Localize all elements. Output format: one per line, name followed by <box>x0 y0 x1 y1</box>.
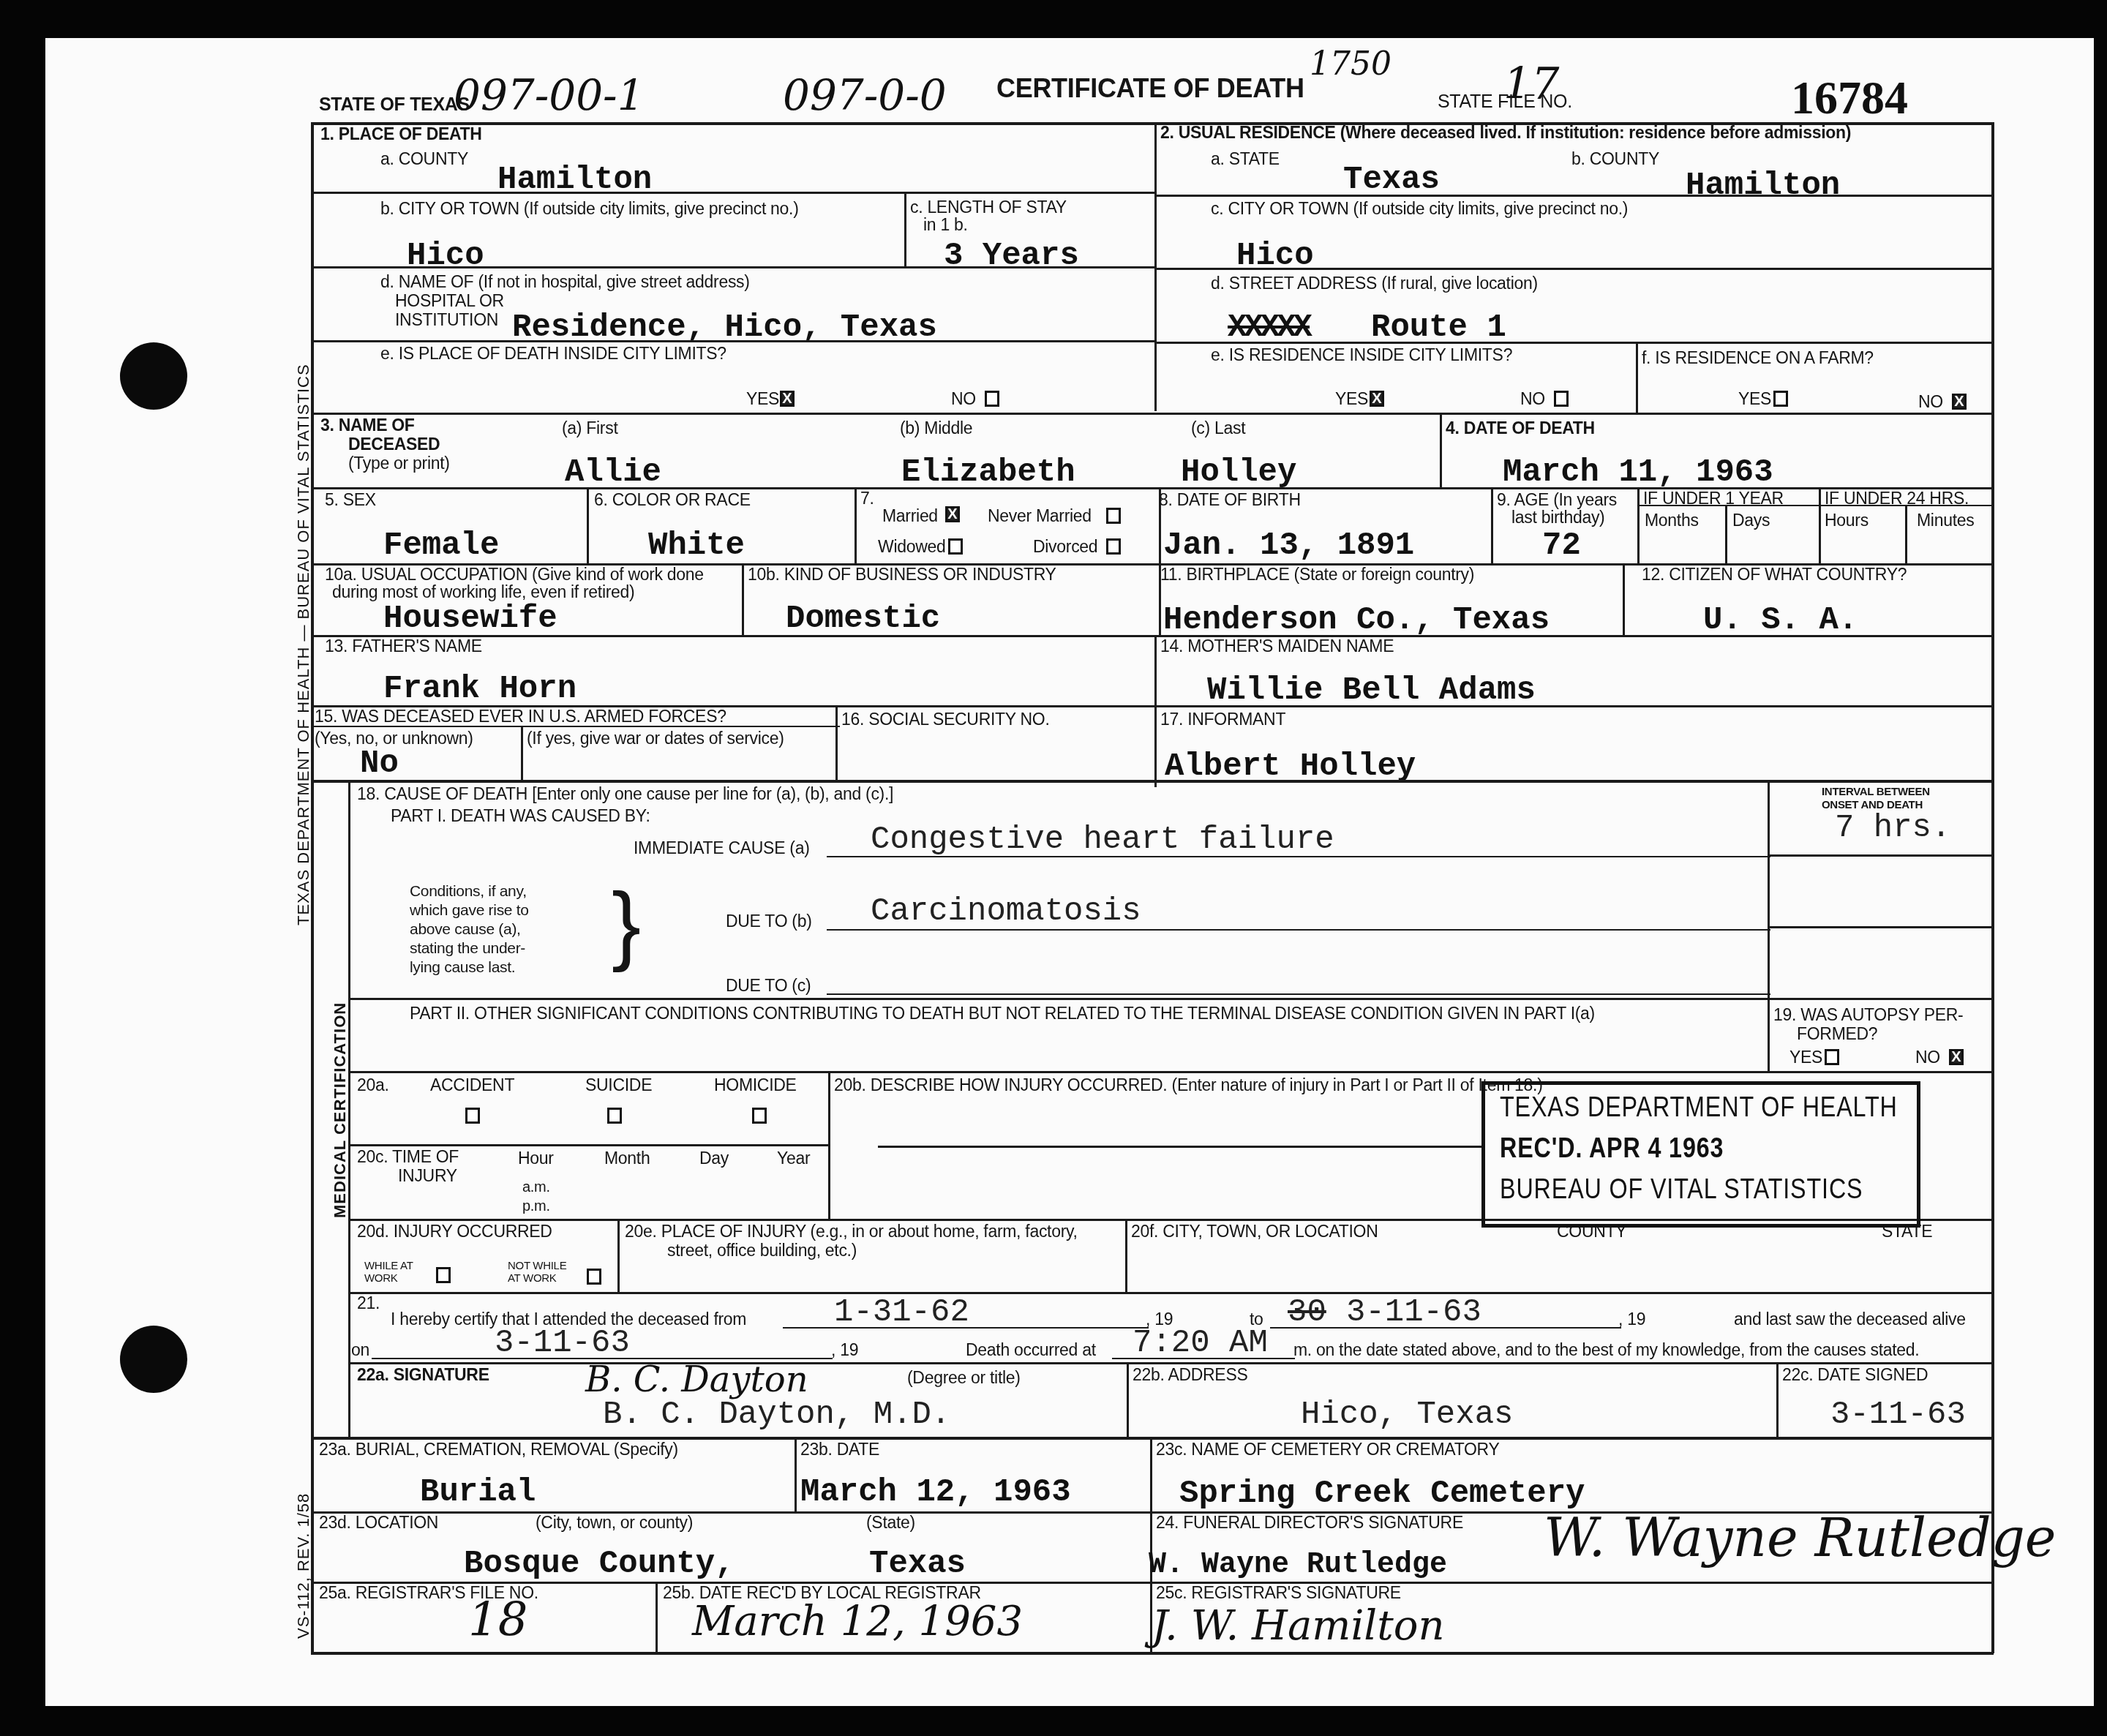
residence-yes-label: YES <box>1335 389 1368 408</box>
citizen-value: U. S. A. <box>1703 603 1858 638</box>
mother-value: Willie Bell Adams <box>1207 673 1536 708</box>
burial-date-label: 23b. DATE <box>800 1440 879 1459</box>
race-value: White <box>648 528 745 563</box>
death-inside-limits-label: e. IS PLACE OF DEATH INSIDE CITY LIMITS? <box>380 344 726 363</box>
rule <box>313 340 1154 342</box>
autopsy-yes-label: YES <box>1789 1048 1822 1067</box>
attended-from-value: 1-31-62 <box>834 1295 969 1330</box>
armed-forces-value: No <box>360 746 399 781</box>
rule <box>1127 1362 1129 1438</box>
length-of-stay-sub: in 1 b. <box>923 215 968 234</box>
street-address-label: d. STREET ADDRESS (If rural, give locati… <box>1211 274 1538 293</box>
date-of-death-label: 4. DATE OF DEATH <box>1446 418 1595 437</box>
place-of-injury-label-1: 20e. PLACE OF INJURY (e.g., in or about … <box>625 1222 1078 1241</box>
autopsy-label-1: 19. WAS AUTOPSY PER- <box>1773 1005 1963 1024</box>
institution-label-1: d. NAME OF (If not in hospital, give str… <box>380 272 750 291</box>
accident-checkbox[interactable] <box>465 1108 480 1124</box>
residence-no-label: NO <box>1520 389 1545 408</box>
rule <box>1637 487 1640 563</box>
death-time-value: 7:20 AM <box>1133 1326 1268 1361</box>
middle-name-value: Elizabeth <box>901 455 1075 490</box>
physician-signature[interactable]: B. C. Dayton <box>585 1359 808 1400</box>
autopsy-yes-checkbox[interactable] <box>1825 1049 1839 1065</box>
frame-bottom <box>311 1652 1994 1655</box>
institution-label-3: INSTITUTION <box>395 310 498 329</box>
married-checkbox[interactable]: X <box>945 506 960 522</box>
medical-certification-label: MEDICAL CERTIFICATION <box>331 1002 350 1218</box>
rule <box>617 1219 620 1293</box>
death-county-label: a. COUNTY <box>380 149 468 168</box>
immediate-cause-value: Congestive heart failure <box>871 822 1334 857</box>
suicide-label: SUICIDE <box>585 1075 652 1094</box>
age-value: 72 <box>1542 528 1581 563</box>
birthplace-label: 11. BIRTHPLACE (State or foreign country… <box>1160 565 1474 584</box>
col-divider-top <box>1154 122 1157 411</box>
physician-address-value: Hico, Texas <box>1301 1397 1513 1432</box>
street-address-struck: XXXXX <box>1228 310 1310 345</box>
father-label: 13. FATHER'S NAME <box>325 636 482 655</box>
name-label-2: DECEASED <box>348 435 440 454</box>
disposition-value: Burial <box>420 1475 536 1510</box>
rule <box>1769 854 1993 857</box>
attended-to-value: 3-11-63 <box>1346 1295 1481 1330</box>
immediate-cause-label: IMMEDIATE CAUSE (a) <box>634 838 810 857</box>
ssn-label: 16. SOCIAL SECURITY NO. <box>841 710 1050 729</box>
physician-typed-name: B. C. Dayton, M.D. <box>603 1397 950 1432</box>
residence-county-value: Hamilton <box>1686 168 1840 203</box>
part-2-label: PART II. OTHER SIGNIFICANT CONDITIONS CO… <box>410 1004 1595 1023</box>
father-value: Frank Horn <box>383 672 576 707</box>
state-of-texas-label: STATE OF TEXAS <box>319 95 470 114</box>
sex-value: Female <box>383 528 499 563</box>
pm-label: p.m. <box>522 1197 550 1216</box>
rule <box>313 266 1154 268</box>
farm-no-checkbox[interactable]: X <box>1952 394 1967 410</box>
informant-value: Albert Holley <box>1165 749 1416 784</box>
rule <box>350 1292 1993 1294</box>
occupation-label-2: during most of working life, even if ret… <box>332 582 634 601</box>
rule <box>1776 1362 1779 1438</box>
not-while-at-work-label: NOT WHILE AT WORK <box>508 1260 574 1285</box>
rule <box>350 998 1993 1000</box>
rule <box>313 780 1993 783</box>
medical-frame-left <box>348 781 350 1440</box>
signature-label: 22a. SIGNATURE <box>357 1365 489 1384</box>
cert-on-label: on <box>351 1340 369 1359</box>
farm-no-label: NO <box>1918 392 1943 411</box>
local-registrar-date-value: March 12, 1963 <box>692 1598 1023 1645</box>
usual-residence-label: 2. USUAL RESIDENCE (Where deceased lived… <box>1160 123 1851 142</box>
residence-inside-limits-no-checkbox[interactable] <box>1554 391 1569 407</box>
cert-text-3: m. on the date stated above, and to the … <box>1293 1340 1919 1359</box>
cemetery-value: Spring Creek Cemetery <box>1179 1476 1585 1511</box>
death-inside-limits-no-checkbox[interactable] <box>985 391 999 407</box>
birthplace-value: Henderson Co., Texas <box>1163 603 1550 638</box>
residence-state-label: a. STATE <box>1211 149 1280 168</box>
divorced-checkbox[interactable] <box>1106 538 1121 555</box>
registrar-signature[interactable]: J. W. Hamilton <box>1152 1602 1445 1650</box>
armed-forces-label: 15. WAS DECEASED EVER IN U.S. ARMED FORC… <box>315 707 726 726</box>
rule <box>313 726 840 727</box>
state-file-number: 16784 <box>1791 80 1908 116</box>
dob-label: 8. DATE OF BIRTH <box>1159 490 1301 509</box>
injury-city-label: 20f. CITY, TOWN, OR LOCATION <box>1131 1222 1378 1241</box>
length-of-stay-label: c. LENGTH OF STAY <box>910 198 1067 217</box>
location-state-value: Texas <box>869 1547 966 1582</box>
handwritten-code-1: 097-00-1 <box>454 70 645 120</box>
mother-label: 14. MOTHER'S MAIDEN NAME <box>1160 636 1394 655</box>
rule <box>587 487 589 563</box>
never-married-checkbox[interactable] <box>1106 508 1121 524</box>
rule <box>521 727 523 780</box>
rule <box>313 635 1993 637</box>
handwritten-code-2: 097-0-0 <box>783 70 947 120</box>
date-of-death-value: March 11, 1963 <box>1503 455 1773 490</box>
disposition-label: 23a. BURIAL, CREMATION, REMOVAL (Specify… <box>319 1440 678 1459</box>
funeral-director-signature[interactable]: W. Wayne Rutledge <box>1544 1507 2056 1568</box>
informant-label: 17. INFORMANT <box>1160 710 1285 729</box>
days-label: Days <box>1732 511 1770 530</box>
death-no-label: NO <box>951 389 976 408</box>
frame-right <box>1991 122 1994 1653</box>
degree-label: (Degree or title) <box>907 1368 1021 1387</box>
last-seen-value: 3-11-63 <box>495 1326 630 1361</box>
residence-inside-limits-yes-checkbox[interactable]: X <box>1370 391 1384 407</box>
dob-value: Jan. 13, 1891 <box>1163 528 1414 563</box>
rule <box>350 1071 1993 1073</box>
cert-nineteen-2: , 19 <box>1618 1309 1645 1329</box>
occupation-value: Housewife <box>383 601 557 636</box>
rule <box>1769 926 1993 928</box>
cause-of-death-label: 18. CAUSE OF DEATH [Enter only one cause… <box>357 784 893 803</box>
registrar-signature-label: 25c. REGISTRAR'S SIGNATURE <box>1156 1583 1401 1602</box>
citizen-label: 12. CITIZEN OF WHAT COUNTRY? <box>1642 565 1907 584</box>
homicide-label: HOMICIDE <box>714 1075 797 1094</box>
conditions-note-3: stating the under- <box>410 939 525 958</box>
location-label: 23d. LOCATION <box>319 1513 438 1532</box>
farm-yes-checkbox[interactable] <box>1773 391 1788 407</box>
rule <box>904 192 906 266</box>
residence-state-value: Texas <box>1343 162 1440 198</box>
rule <box>1491 487 1493 563</box>
rule <box>835 705 838 781</box>
attended-to-struck: 30 <box>1288 1295 1326 1330</box>
never-married-label: Never Married <box>988 506 1092 525</box>
name-label-3: (Type or print) <box>348 454 450 473</box>
interval-value: 7 hrs. <box>1835 811 1950 846</box>
time-of-injury-label-1: 20c. TIME OF <box>357 1147 459 1166</box>
death-city-label: b. CITY OR TOWN (If outside city limits,… <box>380 199 799 218</box>
industry-label: 10b. KIND OF BUSINESS OR INDUSTRY <box>748 565 1056 584</box>
name-label-1: 3. NAME OF <box>320 416 415 435</box>
cemetery-label: 23c. NAME OF CEMETERY OR CREMATORY <box>1156 1440 1500 1459</box>
physician-address-label: 22b. ADDRESS <box>1133 1365 1247 1384</box>
rule <box>313 192 1154 194</box>
day-label: Day <box>699 1149 729 1168</box>
conditions-note-2: above cause (a), <box>410 920 521 939</box>
rule <box>1623 563 1625 636</box>
rule <box>1725 506 1727 563</box>
months-label: Months <box>1645 511 1699 530</box>
conditions-note-1: which gave rise to <box>410 901 529 920</box>
place-of-death-label: 1. PLACE OF DEATH <box>320 124 482 143</box>
stamp-line-2: REC'D. APR 4 1963 <box>1500 1133 1724 1165</box>
location-city-value: Bosque County, <box>464 1547 735 1582</box>
widowed-label: Widowed <box>878 537 946 556</box>
handwritten-1750: 1750 <box>1310 45 1391 83</box>
rule <box>1154 635 1157 787</box>
frame-left <box>311 122 314 1653</box>
month-label: Month <box>604 1149 650 1168</box>
cert-nineteen-3: , 19 <box>831 1340 858 1359</box>
residence-county-label: b. COUNTY <box>1571 149 1659 168</box>
funeral-director-label: 24. FUNERAL DIRECTOR'S SIGNATURE <box>1156 1513 1463 1532</box>
certificate-title: CERTIFICATE OF DEATH <box>996 79 1304 98</box>
while-at-work-checkbox[interactable] <box>436 1267 451 1283</box>
received-stamp: TEXAS DEPARTMENT OF HEALTH REC'D. APR 4 … <box>1481 1081 1920 1228</box>
injury-occurred-label: 20d. INJURY OCCURRED <box>357 1222 552 1241</box>
funeral-director-typed: W. Wayne Rutledge <box>1149 1548 1447 1583</box>
divorced-label: Divorced <box>1033 537 1097 556</box>
am-label: a.m. <box>522 1178 550 1197</box>
year-label: Year <box>777 1149 810 1168</box>
conditions-note-4: lying cause last. <box>410 958 515 977</box>
first-name-value: Allie <box>565 455 661 490</box>
race-label: 6. COLOR OR RACE <box>594 490 751 509</box>
location-city-label: (City, town, or county) <box>536 1513 693 1532</box>
minutes-label: Minutes <box>1917 511 1974 530</box>
residence-city-label: c. CITY OR TOWN (If outside city limits,… <box>1211 199 1628 218</box>
conditions-note-0: Conditions, if any, <box>410 882 527 901</box>
homicide-checkbox[interactable] <box>752 1108 767 1124</box>
rule <box>742 563 744 636</box>
last-name-value: Holley <box>1181 455 1296 490</box>
rule <box>827 993 1770 995</box>
due-to-c-label: DUE TO (c) <box>726 976 811 995</box>
rule <box>1637 505 1993 506</box>
rule <box>1154 268 1993 270</box>
armed-forces-sub-2: (If yes, give war or dates of service) <box>527 729 784 748</box>
widowed-checkbox[interactable] <box>948 538 963 555</box>
date-signed-value: 3-11-63 <box>1830 1397 1966 1432</box>
part-1-label: PART I. DEATH WAS CAUSED BY: <box>391 806 650 825</box>
middle-name-label: (b) Middle <box>900 418 972 437</box>
cert-number: 21. <box>357 1293 380 1312</box>
due-to-b-value: Carcinomatosis <box>871 894 1141 929</box>
farm-label: f. IS RESIDENCE ON A FARM? <box>1642 348 1874 367</box>
registrar-file-value: 18 <box>468 1593 527 1647</box>
not-while-at-work-checkbox[interactable] <box>587 1269 601 1285</box>
rule <box>1125 1219 1127 1293</box>
punch-hole-bottom <box>120 1326 187 1393</box>
street-address-value: Route 1 <box>1371 310 1506 345</box>
hours-label: Hours <box>1825 511 1868 530</box>
handwritten-17: 17 <box>1503 59 1559 110</box>
due-to-b-label: DUE TO (b) <box>726 912 812 931</box>
autopsy-label-2: FORMED? <box>1797 1024 1877 1043</box>
time-of-injury-label-2: INJURY <box>398 1166 457 1185</box>
industry-value: Domestic <box>786 601 940 636</box>
rule <box>1154 342 1993 344</box>
rule <box>1819 487 1821 563</box>
autopsy-no-label: NO <box>1915 1048 1940 1067</box>
punch-hole-top <box>120 342 187 410</box>
describe-injury-label: 20b. DESCRIBE HOW INJURY OCCURRED. (Ente… <box>834 1075 1543 1094</box>
rule <box>313 1582 1993 1584</box>
cert-text-2: and last saw the deceased alive <box>1734 1309 1966 1329</box>
death-yes-label: YES <box>746 389 779 408</box>
residence-inside-limits-label: e. IS RESIDENCE INSIDE CITY LIMITS? <box>1211 345 1512 364</box>
hour-label: Hour <box>518 1149 554 1168</box>
stamp-line-1: TEXAS DEPARTMENT OF HEALTH <box>1500 1092 1898 1124</box>
farm-yes-label: YES <box>1738 389 1771 408</box>
rule <box>1440 413 1442 489</box>
death-occurred-at-label: Death occurred at <box>966 1340 1096 1359</box>
institution-label-2: HOSPITAL OR <box>395 291 504 310</box>
rule <box>878 1146 1485 1148</box>
autopsy-no-checkbox[interactable]: X <box>1949 1049 1964 1065</box>
place-of-injury-label-2: street, office building, etc.) <box>667 1241 857 1260</box>
death-inside-limits-yes-checkbox[interactable]: X <box>780 391 795 407</box>
rule <box>1636 342 1638 413</box>
suicide-checkbox[interactable] <box>607 1108 622 1124</box>
rule <box>350 1144 830 1146</box>
conditions-brace: } <box>612 876 641 972</box>
age-label-2: last birthday) <box>1511 508 1604 527</box>
date-signed-label: 22c. DATE SIGNED <box>1782 1365 1928 1384</box>
first-name-label: (a) First <box>562 418 618 437</box>
marital-label: 7. <box>860 489 874 508</box>
while-at-work-label: WHILE AT WORK <box>364 1260 416 1285</box>
occupation-label-1: 10a. USUAL OCCUPATION (Give kind of work… <box>325 565 704 584</box>
rule <box>1905 506 1907 563</box>
rule <box>1154 195 1993 197</box>
rule <box>313 413 1993 415</box>
sex-label: 5. SEX <box>325 490 376 509</box>
burial-date-value: March 12, 1963 <box>800 1475 1071 1510</box>
location-state-label: (State) <box>866 1513 915 1532</box>
interval-label-1: INTERVAL BETWEEN <box>1822 786 1930 799</box>
rule <box>855 487 857 563</box>
accident-label: ACCIDENT <box>430 1075 514 1094</box>
injury-20a-label: 20a. <box>357 1075 389 1094</box>
last-name-label: (c) Last <box>1191 418 1245 437</box>
rule <box>795 1438 797 1513</box>
age-label-1: 9. AGE (In years <box>1497 490 1617 509</box>
rule <box>656 1582 658 1653</box>
married-label: Married <box>882 506 938 525</box>
stamp-line-3: BUREAU OF VITAL STATISTICS <box>1500 1174 1863 1206</box>
